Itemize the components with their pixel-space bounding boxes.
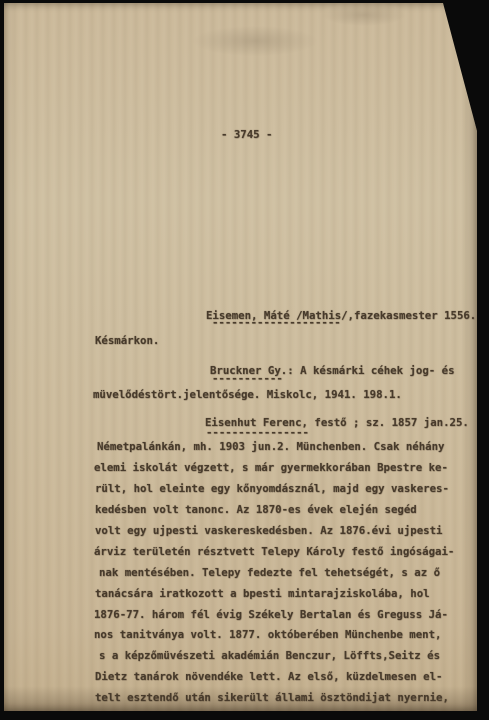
dashed-underline: ---------------- [206,426,309,439]
dashed-underline: -------------------- [212,316,341,329]
typed-line: volt egy ujpesti vaskereskedésben. Az 18… [95,524,442,537]
typed-line: elemi iskolát végzett, s már gyermekkorá… [94,461,448,474]
typed-line: nak mentésében. Telepy fedezte fel tehet… [99,566,440,579]
typed-line: rült, hol eleinte egy kőnyomdásznál, maj… [95,482,449,495]
typed-line: Németpalánkán, mh. 1903 jun.2. Münchenbe… [97,440,444,453]
typed-line: tanácsára iratkozott a bpesti mintarajzi… [95,587,430,600]
dashed-underline: ----------- [212,372,283,385]
typed-line: Dietz tanárok növendéke lett. Az első, k… [95,670,442,683]
typed-line: nos tanitványa volt. 1877. októberében M… [94,628,441,641]
typed-line: 1876-77. három fél évig Székely Bertalan… [94,608,448,621]
typed-line: s a képzőmüvészeti akadémián Benczur, Lö… [99,649,440,662]
typed-line: kedésben volt tanonc. Az 1870-es évek el… [95,503,417,516]
typed-line: telt esztendő után sikerült állami ösztö… [95,691,449,704]
page-number: - 3745 - [221,128,272,141]
scanned-document: - 3745 - Eisemen, Máté /Mathis/,fazekasm… [0,0,489,720]
typed-line: árviz területén résztvett Telepy Károly … [94,545,454,558]
document-page [4,3,477,711]
typed-line: müvelődéstört.jelentősége. Miskolc, 1941… [93,388,402,401]
typed-line: Késmárkon. [95,334,159,347]
